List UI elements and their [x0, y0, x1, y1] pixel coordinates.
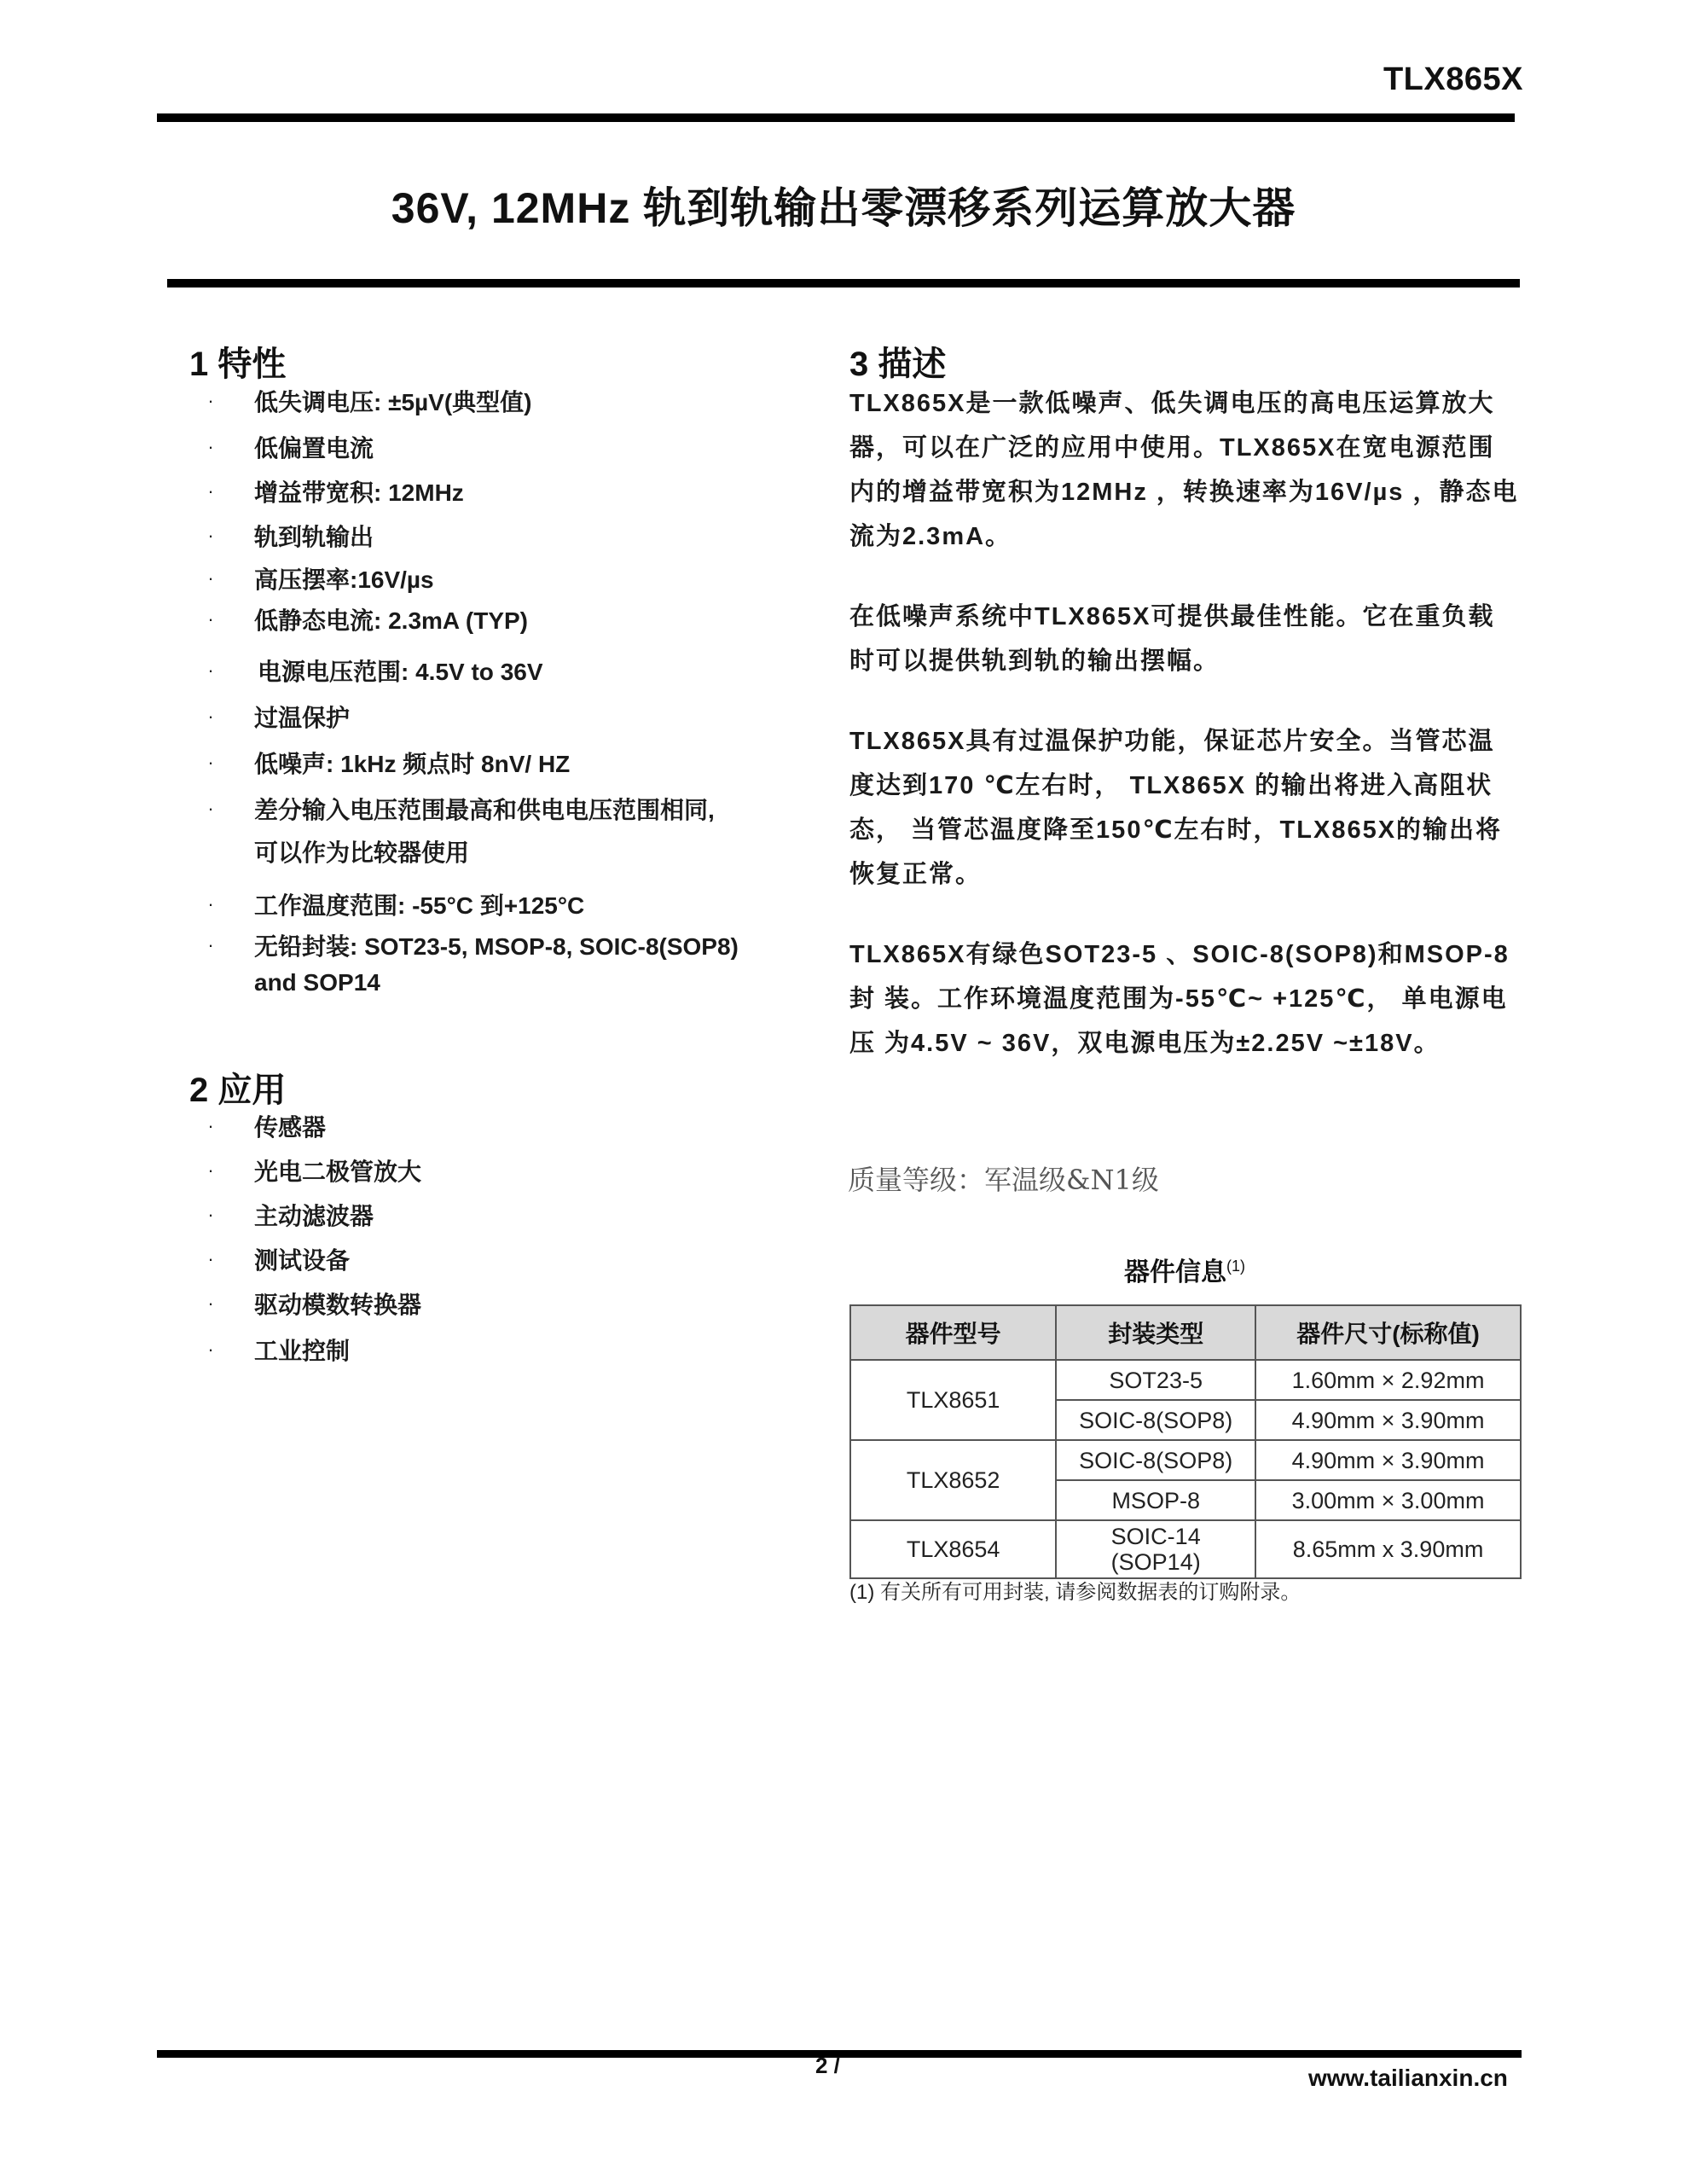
device-info-table: 器件型号 封装类型 器件尺寸(标称值) TLX8651 SOT23-5 1.60… — [849, 1304, 1522, 1579]
bullet-icon: . — [208, 930, 213, 952]
bullet-icon: . — [208, 1334, 213, 1356]
package-cell: SOIC-8(SOP8) — [1056, 1440, 1255, 1480]
table-row: TLX8651 SOT23-5 1.60mm × 2.92mm — [850, 1360, 1521, 1400]
package-cell: SOIC-8(SOP8) — [1056, 1400, 1255, 1440]
bullet-icon: . — [208, 655, 213, 677]
applications-heading: 2 应用 — [189, 1063, 286, 1112]
bullet-icon: . — [208, 563, 213, 585]
application-item: .主动滤波器 — [208, 1198, 374, 1232]
quality-grade: 质量等级：军温级&N1级 — [848, 1159, 1159, 1198]
bullet-icon: . — [208, 793, 213, 816]
feature-item: .低静态电流: 2.3mA (TYP) — [208, 602, 528, 636]
column-header: 器件尺寸(标称值) — [1255, 1305, 1521, 1360]
bullet-icon: . — [208, 1288, 213, 1310]
size-cell: 3.00mm × 3.00mm — [1255, 1480, 1521, 1520]
bullet-icon: . — [208, 1111, 213, 1133]
table-row: TLX8652 SOIC-8(SOP8) 4.90mm × 3.90mm — [850, 1440, 1521, 1480]
bullet-icon: . — [208, 889, 213, 911]
part-number-header: TLX865X — [1383, 61, 1523, 98]
feature-item: .工作温度范围: -55°C 到+125°C — [208, 887, 584, 921]
bullet-icon: . — [208, 701, 213, 723]
title-rule — [167, 279, 1520, 288]
description-paragraph: TLX865X具有过温保护功能，保证芯片安全。当管芯温 度达到170 ℃左右时，… — [849, 719, 1523, 897]
feature-item: .电源电压范围: 4.5V to 36V — [208, 653, 543, 688]
table-row: TLX8654 SOIC-14 (SOP14) 8.65mm x 3.90mm — [850, 1520, 1521, 1578]
part-cell: TLX8651 — [850, 1360, 1056, 1440]
package-cell: MSOP-8 — [1056, 1480, 1255, 1520]
device-table-caption: 器件信息(1) — [848, 1251, 1522, 1288]
description-paragraph: TLX865X有绿色SOT23-5 、SOIC-8(SOP8)和MSOP-8封 … — [849, 932, 1523, 1066]
bullet-icon: . — [208, 386, 213, 408]
feature-item: .低噪声: 1kHz 频点时 8nV/ HZ — [208, 746, 570, 780]
feature-item: .无铅封装: SOT23-5, MSOP-8, SOIC-8(SOP8) — [208, 928, 739, 962]
application-item: .传感器 — [208, 1109, 326, 1143]
footnote-ref: (1) — [1226, 1258, 1245, 1275]
column-header: 器件型号 — [850, 1305, 1056, 1360]
description-paragraph: 在低噪声系统中TLX865X可提供最佳性能。它在重负载 时可以提供轨到轨的输出摆… — [849, 595, 1523, 683]
feature-item: .增益带宽积: 12MHz — [208, 474, 464, 508]
part-cell: TLX8652 — [850, 1440, 1056, 1520]
bullet-icon: . — [208, 1199, 213, 1222]
package-cell: SOIC-14 (SOP14) — [1056, 1520, 1255, 1578]
size-cell: 4.90mm × 3.90mm — [1255, 1440, 1521, 1480]
website-link[interactable]: www.tailianxin.cn — [1308, 2065, 1508, 2092]
feature-item: .低偏置电流 — [208, 430, 374, 464]
bullet-icon: . — [208, 1155, 213, 1177]
size-cell: 1.60mm × 2.92mm — [1255, 1360, 1521, 1400]
feature-item-continuation: 可以作为比较器使用 — [208, 834, 469, 868]
column-header: 封装类型 — [1056, 1305, 1255, 1360]
description-paragraph: TLX865X是一款低噪声、低失调电压的高电压运算放大 器，可以在广泛的应用中使… — [849, 381, 1523, 559]
feature-item: .低失调电压: ±5µV(典型值) — [208, 384, 532, 418]
feature-item: .轨到轨输出 — [208, 519, 374, 553]
description-body: TLX865X是一款低噪声、低失调电压的高电压运算放大 器，可以在广泛的应用中使… — [849, 381, 1523, 1108]
bullet-icon: . — [208, 476, 213, 498]
table-header-row: 器件型号 封装类型 器件尺寸(标称值) — [850, 1305, 1521, 1360]
bullet-icon: . — [208, 520, 213, 543]
package-cell: SOT23-5 — [1056, 1360, 1255, 1400]
bullet-icon: . — [208, 747, 213, 770]
application-item: .光电二极管放大 — [208, 1153, 421, 1188]
feature-item-continuation: and SOP14 — [208, 969, 380, 996]
bullet-icon: . — [208, 432, 213, 454]
feature-item: .过温保护 — [208, 700, 350, 734]
header-rule — [157, 113, 1515, 122]
feature-item: .差分输入电压范围最高和供电电压范围相同, — [208, 792, 715, 826]
bullet-icon: . — [208, 1244, 213, 1266]
feature-item: .高压摆率:16V/µs — [208, 561, 434, 595]
features-heading: 1 特性 — [189, 337, 286, 386]
table-footnote: (1) 有关所有可用封装, 请参阅数据表的订购附录。 — [849, 1575, 1301, 1605]
application-item: .驱动模数转换器 — [208, 1287, 421, 1321]
part-cell: TLX8654 — [850, 1520, 1056, 1578]
application-item: .工业控制 — [208, 1333, 350, 1367]
page-number: 2 / — [815, 2053, 840, 2079]
bullet-icon: . — [208, 604, 213, 626]
application-item: .测试设备 — [208, 1242, 350, 1276]
description-heading: 3 描述 — [849, 337, 946, 386]
size-cell: 8.65mm x 3.90mm — [1255, 1520, 1521, 1578]
size-cell: 4.90mm × 3.90mm — [1255, 1400, 1521, 1440]
document-title: 36V, 12MHz 轨到轨输出零漂移系列运算放大器 — [0, 174, 1687, 235]
